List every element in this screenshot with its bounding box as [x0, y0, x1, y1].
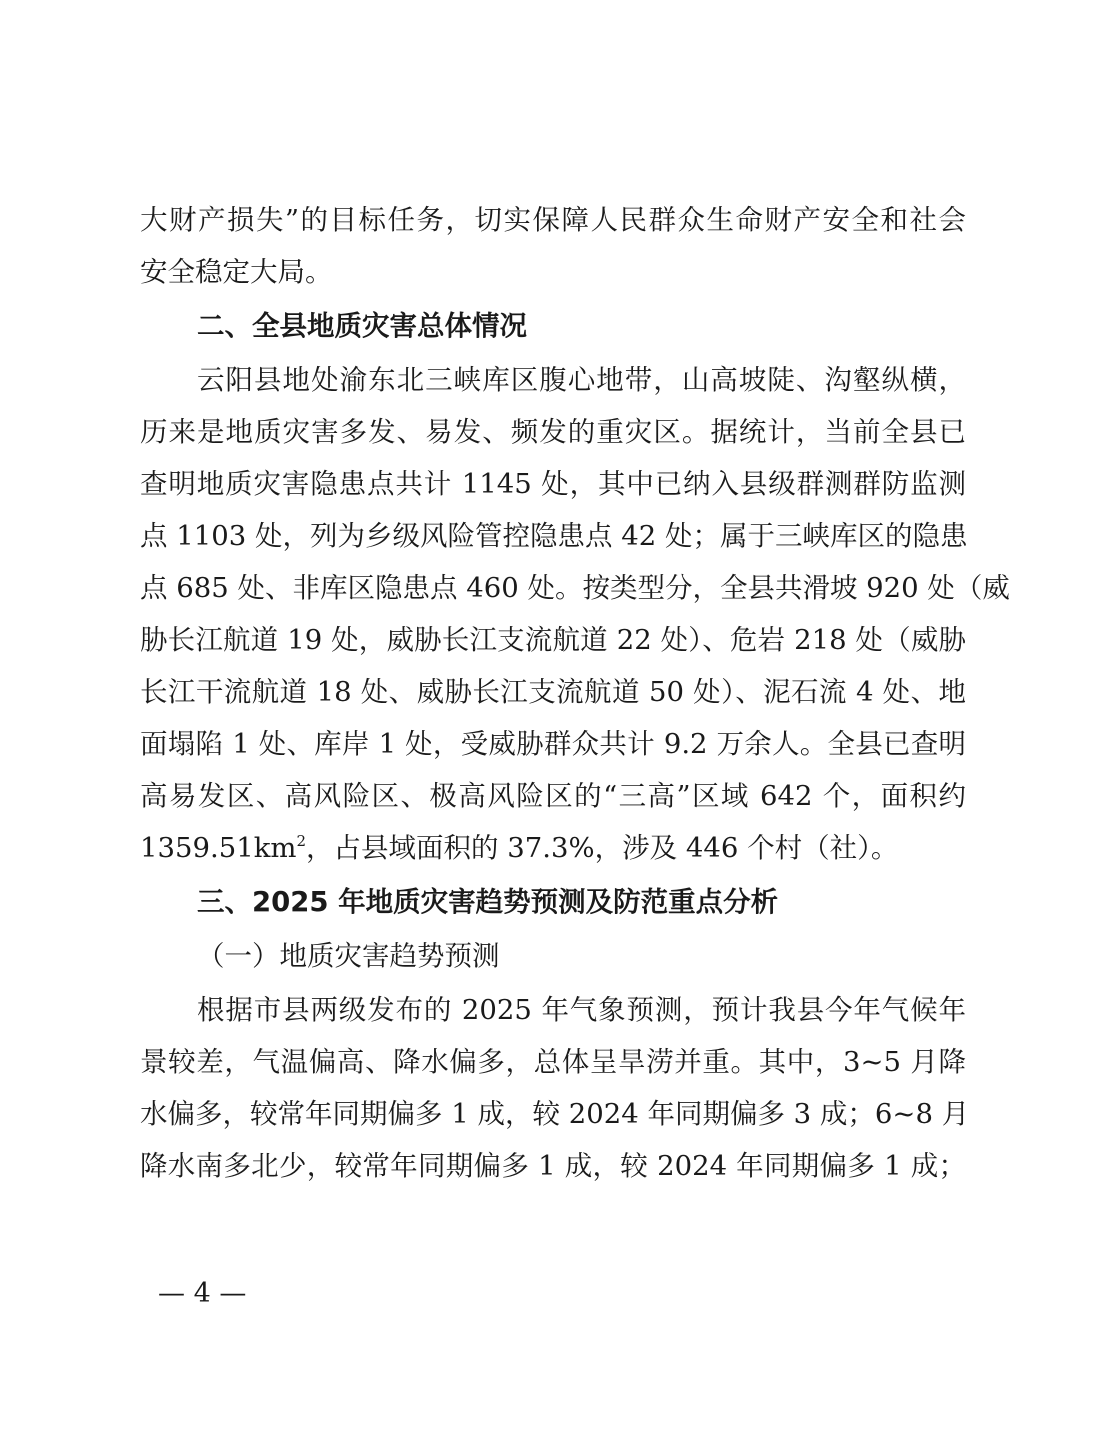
paragraph-line: 查明地质灾害隐患点共计 1145 处，其中已纳入县级群测群防监测: [140, 462, 966, 506]
paragraph-line: 历来是地质灾害多发、易发、频发的重灾区。据统计，当前全县已: [140, 410, 966, 454]
page-number: — 4 —: [158, 1277, 246, 1311]
section-heading: 二、全县地质灾害总体情况: [197, 304, 527, 348]
paragraph-line: 根据市县两级发布的 2025 年气象预测，预计我县今年气候年: [197, 988, 966, 1032]
paragraph-line: 降水南多北少，较常年同期偏多 1 成，较 2024 年同期偏多 1 成；: [140, 1144, 966, 1188]
paragraph-line: 水偏多，较常年同期偏多 1 成，较 2024 年同期偏多 3 成；6~8 月: [140, 1092, 966, 1136]
paragraph-line: 点 685 处、非库区隐患点 460 处。按类型分，全县共滑坡 920 处（威: [140, 566, 966, 610]
area-description: ，占县域面积的 37.3%，涉及 446 个村（社）。: [306, 832, 898, 864]
paragraph-line: 高易发区、高风险区、极高风险区的“三高”区域 642 个，面积约: [140, 774, 966, 818]
paragraph-line: 景较差，气温偏高、降水偏多，总体呈旱涝并重。其中，3~5 月降: [140, 1040, 966, 1084]
paragraph-line: 安全稳定大局。: [140, 250, 966, 294]
paragraph-line: 点 1103 处，列为乡级风险管控隐患点 42 处；属于三峡库区的隐患: [140, 514, 966, 558]
paragraph-line: 长江干流航道 18 处、威胁长江支流航道 50 处）、泥石流 4 处、地: [140, 670, 966, 714]
paragraph-line: 1359.51km2，占县域面积的 37.3%，涉及 446 个村（社）。: [140, 826, 966, 870]
subsection-heading: （一）地质灾害趋势预测: [197, 934, 500, 978]
section-heading: 三、2025 年地质灾害趋势预测及防范重点分析: [197, 880, 778, 924]
paragraph-line: 大财产损失”的目标任务，切实保障人民群众生命财产安全和社会: [140, 198, 966, 242]
paragraph-line: 云阳县地处渝东北三峡库区腹心地带，山高坡陡、沟壑纵横，: [197, 358, 966, 402]
paragraph-line: 胁长江航道 19 处，威胁长江支流航道 22 处）、危岩 218 处（威胁: [140, 618, 966, 662]
paragraph-line: 面塌陷 1 处、库岸 1 处，受威胁群众共计 9.2 万余人。全县已查明: [140, 722, 966, 766]
superscript: 2: [296, 832, 306, 850]
area-value: 1359.51km: [140, 832, 296, 864]
